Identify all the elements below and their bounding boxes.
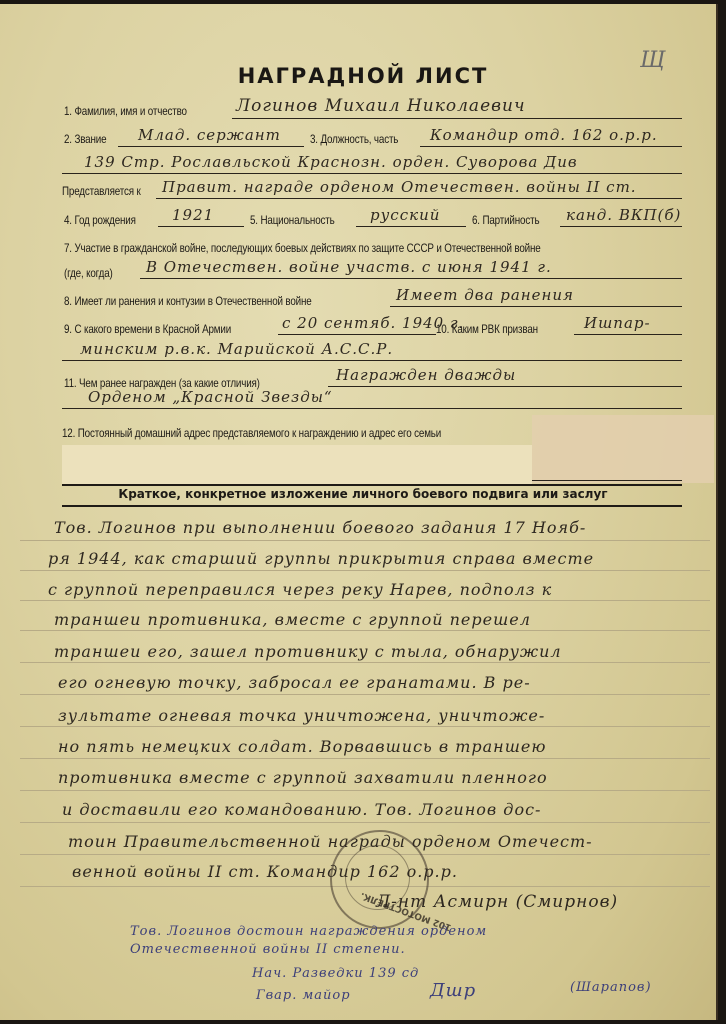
narrative-line: траншеи противника, вместе с группой пер… <box>54 610 531 629</box>
reviewer-name: (Шарапов) <box>570 980 652 995</box>
field-11-rule-cont <box>62 408 682 409</box>
resolution-line: Отечественной войны II степени. <box>130 942 406 957</box>
field-7-value: В Отечествен. войне участв. с июня 1941 … <box>146 258 552 276</box>
field-2-label: 2. Звание <box>64 132 106 146</box>
field-2-value: Млад. сержант <box>138 126 281 144</box>
field-1-rule <box>232 118 682 119</box>
field-7-rule <box>140 278 682 279</box>
field-4-value: 1921 <box>172 206 214 224</box>
field-12-label: 12. Постоянный домашний адрес представля… <box>62 426 441 440</box>
narrative-line: траншеи его, зашел противнику с тыла, об… <box>54 642 562 661</box>
section-heading: Краткое, конкретное изложение личного бо… <box>0 487 726 501</box>
ruled-line <box>20 630 710 631</box>
resolution-line: Нач. Разведки 139 сд <box>252 966 419 981</box>
document-title: НАГРАДНОЙ ЛИСТ <box>0 64 726 88</box>
field-10-rule-cont <box>62 360 682 361</box>
field-10-value: Ишпар- <box>584 314 651 332</box>
field-3-value: Командир отд. 162 о.р.р. <box>430 126 658 144</box>
field-6-value: канд. ВКП(б) <box>566 206 681 224</box>
narrative-line: и доставили его командованию. Тов. Логин… <box>62 800 541 819</box>
field-8-rule <box>390 306 682 307</box>
section-bottom-rule <box>62 505 682 507</box>
resolution-line: Тов. Логинов достоин награждения орденом <box>130 924 487 939</box>
commander-signature: Л-нт Асмирн (Смирнов) <box>376 892 618 912</box>
field-12-rule <box>532 480 682 481</box>
narrative-line: но пять немецких солдат. Ворвавшись в тр… <box>58 737 546 756</box>
narrative-line: его огневую точку, забросал ее гранатами… <box>58 673 531 692</box>
presented-to-value: Правит. награде орденом Отечествен. войн… <box>162 178 637 196</box>
narrative-line: ря 1944, как старший группы прикрытия сп… <box>48 549 594 568</box>
field-7-label-cont: (где, когда) <box>64 266 113 280</box>
redacted-address-area <box>62 445 532 485</box>
field-3-rule-cont <box>62 173 682 174</box>
ruled-line <box>20 726 710 727</box>
ruled-line <box>20 600 710 601</box>
field-6-label: 6. Партийность <box>472 213 539 227</box>
field-3-value-cont: 139 Стр. Рославльской Краснозн. орден. С… <box>84 153 578 171</box>
resolution-line: Гвар. майор <box>256 988 351 1003</box>
ruled-line <box>20 758 710 759</box>
field-9-label: 9. С какого времени в Красной Армии <box>64 322 231 336</box>
ruled-line <box>20 570 710 571</box>
ruled-line <box>20 540 710 541</box>
narrative-line: тоин Правительственной награды орденом О… <box>68 832 593 851</box>
field-2-rule <box>118 146 304 147</box>
ruled-line <box>20 822 710 823</box>
field-7-label: 7. Участие в гражданской войне, последую… <box>64 241 541 255</box>
field-5-value: русский <box>370 206 440 224</box>
ruled-line <box>20 694 710 695</box>
field-5-label: 5. Национальность <box>250 213 335 227</box>
field-3-label: 3. Должность, часть <box>310 132 398 146</box>
redacted-address-area-right <box>532 415 714 483</box>
field-8-label: 8. Имеет ли ранения и контузии в Отечест… <box>64 294 312 308</box>
field-3-rule <box>420 146 682 147</box>
narrative-line: противника вместе с группой захватили пл… <box>58 768 548 787</box>
reviewer-signature-icon: Дшр <box>430 980 476 1001</box>
field-5-rule <box>356 226 466 227</box>
field-11-value-cont: Орденом „Красной Звезды“ <box>88 388 333 406</box>
narrative-line: Тов. Логинов при выполнении боевого зада… <box>54 518 586 537</box>
field-10-label: 10. Каким РВК призван <box>436 322 538 336</box>
field-4-rule <box>158 226 244 227</box>
field-8-value: Имеет два ранения <box>396 286 574 304</box>
ruled-line <box>20 662 710 663</box>
field-9-rule <box>278 334 436 335</box>
field-6-rule <box>560 226 682 227</box>
narrative-line: зультате огневая точка уничтожена, уничт… <box>58 706 545 725</box>
presented-to-rule <box>156 198 682 199</box>
narrative-line: с группой переправился через реку Нарев,… <box>48 580 552 599</box>
presented-to-label: Представляется к <box>62 184 141 198</box>
field-1-label: 1. Фамилия, имя и отчество <box>64 104 187 118</box>
field-1-value: Логинов Михаил Николаевич <box>236 96 526 116</box>
field-11-value: Награжден дважды <box>336 366 516 384</box>
field-10-value-cont: минским р.в.к. Марийской А.С.С.Р. <box>80 340 393 358</box>
field-4-label: 4. Год рождения <box>64 213 136 227</box>
ruled-line <box>20 790 710 791</box>
field-11-rule <box>328 386 682 387</box>
section-top-rule <box>62 484 682 486</box>
field-10-rule <box>574 334 682 335</box>
